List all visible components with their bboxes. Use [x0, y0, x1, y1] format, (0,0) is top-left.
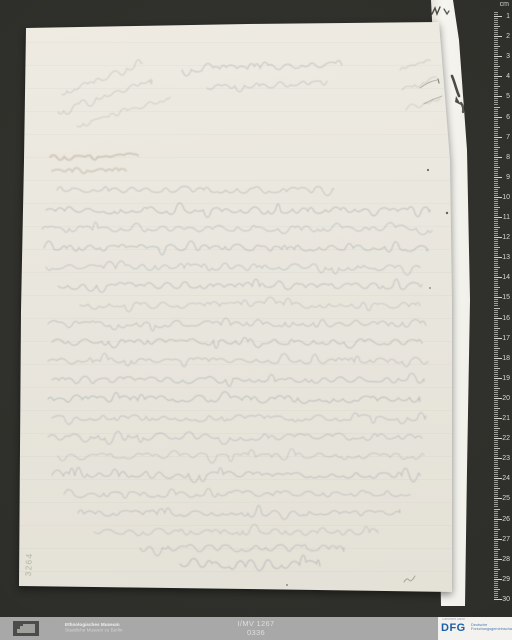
ruler-tick: [494, 211, 498, 212]
ruler-tick: [494, 299, 498, 300]
ruler-tick: [494, 498, 502, 499]
ruler-tick: [494, 424, 498, 425]
ruler-number: 7: [506, 134, 510, 141]
ruler-tick: [494, 179, 498, 180]
ruler-tick: [494, 84, 498, 85]
ruler-tick: [494, 96, 502, 97]
ruler-number: 24: [502, 475, 510, 482]
ruler-tick: [494, 52, 498, 53]
ruler-tick: [494, 575, 498, 576]
handwriting-line: [207, 81, 327, 92]
ruler-tick: [494, 504, 498, 505]
ruler-tick: [494, 131, 498, 132]
ruler-number: 5: [506, 93, 510, 100]
ruler-tick: [494, 567, 498, 568]
ruler-tick: [494, 271, 498, 272]
ruler-tick: [494, 320, 498, 321]
ruler-tick: [494, 478, 502, 479]
ruler-tick: [494, 139, 498, 140]
ruler-tick: [494, 406, 498, 407]
ruler-number: 3: [506, 53, 510, 60]
ruler-tick: [494, 322, 498, 323]
ruler-tick: [494, 243, 498, 244]
ruler-tick: [494, 569, 500, 570]
ruler-tick: [494, 189, 498, 190]
ruler-tick: [494, 181, 498, 182]
ruler-tick: [494, 591, 498, 592]
ruler-tick: [494, 326, 498, 327]
ruler-tick: [494, 60, 498, 61]
ruler-tick: [494, 115, 498, 116]
ruler-tick: [494, 251, 498, 252]
ruler-tick: [494, 490, 498, 491]
ruler-tick: [494, 456, 498, 457]
image-number: 0336: [0, 629, 512, 638]
ruler-tick: [494, 125, 498, 126]
ruler-tick: [494, 529, 500, 530]
ruler-tick: [494, 193, 498, 194]
ruler-tick: [494, 348, 500, 349]
ruler-tick: [494, 219, 498, 220]
ruler-tick: [494, 422, 498, 423]
ruler-tick: [494, 269, 498, 270]
ruler-tick: [494, 259, 498, 260]
ruler-number: 6: [506, 114, 510, 121]
ruler-tick: [494, 531, 498, 532]
ruler-tick: [494, 227, 500, 228]
ruler-tick: [494, 277, 502, 278]
ruler-number: 22: [502, 435, 510, 442]
ruler-tick: [494, 195, 498, 196]
ruler-tick: [494, 275, 498, 276]
ruler-tick: [494, 281, 498, 282]
ruler-tick: [494, 16, 502, 17]
ruler-number: 10: [502, 194, 510, 201]
ruler-tick: [494, 386, 498, 387]
dfg-logo: Gefördert durch DFG Deutsche Forschungsg…: [438, 617, 512, 640]
ruler-tick: [494, 410, 498, 411]
ruler-tick: [494, 68, 498, 69]
ruler-number: 8: [506, 154, 510, 161]
ruler-tick: [494, 289, 498, 290]
ruler-tick: [494, 426, 498, 427]
ruler-tick: [494, 356, 498, 357]
ruler-tick: [494, 346, 498, 347]
ruler-tick: [494, 344, 498, 345]
ruler-tick: [494, 583, 498, 584]
handwriting-line: [48, 431, 422, 444]
handwriting-line: [52, 373, 424, 386]
ruler-tick: [494, 143, 498, 144]
ruler-tick: [494, 301, 498, 302]
handwriting-line: [48, 353, 428, 367]
ruler-tick: [494, 533, 498, 534]
pencil-inventory-note: 3264: [24, 552, 34, 576]
ruler-tick: [494, 581, 498, 582]
ruler-tick: [494, 464, 498, 465]
ruler-tick: [494, 165, 498, 166]
ruler-tick: [494, 54, 498, 55]
ruler-tick: [494, 502, 498, 503]
ruler-tick: [494, 239, 498, 240]
ruler-tick: [494, 559, 502, 560]
ruler-tick: [494, 171, 498, 172]
scan-photo: 3264 cm 1234567891011121314151617181: [0, 0, 512, 640]
ruler-tick: [494, 577, 498, 578]
ruler-tick: [494, 90, 498, 91]
handwriting-line: [64, 488, 410, 498]
ruler-tick: [494, 123, 498, 124]
handwriting-line: [58, 279, 422, 292]
ruler-tick: [494, 38, 498, 39]
ruler-tick: [494, 137, 502, 138]
ruler-tick: [494, 446, 498, 447]
ruler-tick: [494, 374, 498, 375]
caption-bar: Ethnologisches Museum Staatliche Museen …: [0, 617, 512, 640]
handwriting-line: [62, 60, 142, 95]
ruler-tick: [494, 119, 498, 120]
dfg-org-name: Deutsche Forschungsgemeinschaft: [471, 623, 512, 631]
ruler-tick: [494, 412, 498, 413]
ruler-tick: [494, 527, 498, 528]
ruler-tick: [494, 78, 498, 79]
handwriting-line: [182, 61, 342, 76]
ruler-tick: [494, 378, 502, 379]
ruler-tick: [494, 163, 498, 164]
reference-caption: I/MV 1267 0336: [0, 620, 512, 637]
ruler-number: 19: [502, 375, 510, 382]
ruler-tick: [494, 70, 498, 71]
handwriting-bleedthrough: [18, 20, 458, 595]
ruler-tick: [494, 175, 498, 176]
ruler-tick: [494, 233, 498, 234]
ruler-tick: [494, 430, 498, 431]
ruler-tick: [494, 167, 500, 168]
ruler-tick: [494, 342, 498, 343]
ruler-tick: [494, 109, 498, 110]
ruler-tick: [494, 394, 498, 395]
ruler-tick: [494, 384, 498, 385]
ruler-tick: [494, 372, 498, 373]
ruler-number: 23: [502, 455, 510, 462]
ruler-number: 29: [502, 576, 510, 583]
ruler-tick: [494, 573, 498, 574]
ruler-tick: [494, 500, 498, 501]
ruler-tick: [494, 484, 498, 485]
ruler-tick: [494, 557, 498, 558]
ruler-tick: [494, 197, 502, 198]
ruler-tick: [494, 434, 498, 435]
ruler-tick: [494, 58, 498, 59]
ruler-tick: [494, 338, 502, 339]
ruler-tick: [494, 380, 498, 381]
ruler-number: 15: [502, 294, 510, 301]
ruler-tick: [494, 440, 498, 441]
handwriting-line: [77, 97, 170, 127]
ruler-tick: [494, 46, 500, 47]
ruler-tick: [494, 513, 498, 514]
ruler-tick: [494, 388, 500, 389]
ruler-tick: [494, 161, 498, 162]
ruler-tick: [494, 285, 498, 286]
ruler-tick: [494, 408, 500, 409]
ruler-tick: [494, 482, 498, 483]
ruler-tick: [494, 488, 500, 489]
ruler-tick: [494, 314, 498, 315]
ruler-number: 30: [502, 596, 510, 603]
ruler-tick: [494, 382, 498, 383]
ruler-tick: [494, 589, 500, 590]
ruler-tick: [494, 235, 498, 236]
ruler-tick: [494, 308, 500, 309]
ruler-tick: [494, 330, 498, 331]
ruler-tick: [494, 26, 500, 27]
ruler-number: 18: [502, 355, 510, 362]
ruler-tick: [494, 521, 498, 522]
ruler-number: 13: [502, 254, 510, 261]
ruler-tick: [494, 350, 498, 351]
ruler-tick: [494, 121, 498, 122]
ruler-tick: [494, 187, 500, 188]
ruler-tick: [494, 48, 498, 49]
ruler-tick: [494, 368, 500, 369]
ruler-tick: [494, 129, 498, 130]
ruler-tick: [494, 36, 502, 37]
ruler-tick: [494, 213, 498, 214]
ruler-tick: [494, 82, 498, 83]
ruler-tick: [494, 458, 502, 459]
handwriting-line: [52, 413, 426, 425]
ruler-tick: [494, 525, 498, 526]
ruler-tick: [494, 151, 498, 152]
ruler-tick: [494, 279, 498, 280]
ruler-tick: [494, 237, 502, 238]
ruler-tick: [494, 18, 498, 19]
ruler-tick: [494, 579, 502, 580]
ruler-tick: [494, 462, 498, 463]
ruler-tick: [494, 328, 500, 329]
ruler-tick: [494, 466, 498, 467]
ruler-tick: [494, 418, 502, 419]
ruler-tick: [494, 62, 498, 63]
ruler-tick: [494, 420, 498, 421]
handwriting-line: [48, 392, 420, 404]
ruler-tick: [494, 241, 498, 242]
ruler-tick: [494, 398, 502, 399]
ruler-tick: [494, 535, 498, 536]
ruler-tick: [494, 543, 498, 544]
ruler-tick: [494, 553, 498, 554]
ruler-tick: [494, 470, 498, 471]
ruler-tick: [494, 76, 502, 77]
ruler-tick: [494, 191, 498, 192]
ruler-tick: [494, 565, 498, 566]
ruler-tick: [494, 402, 498, 403]
ruler-tick: [494, 318, 502, 319]
ruler-tick: [494, 454, 498, 455]
ruler-tick: [494, 44, 498, 45]
ruler-tick: [494, 585, 498, 586]
ruler-tick: [494, 352, 498, 353]
ruler-number: 12: [502, 234, 510, 241]
ruler-tick: [494, 376, 498, 377]
ruler-tick: [494, 293, 498, 294]
ruler-tick: [494, 539, 502, 540]
ruler-tick: [494, 80, 498, 81]
ruler-tick: [494, 444, 498, 445]
ruler-tick: [494, 595, 498, 596]
ruler-number: 21: [502, 415, 510, 422]
ruler-tick: [494, 127, 500, 128]
ruler-tick: [494, 157, 502, 158]
ruler-number: 2: [506, 33, 510, 40]
ruler-tick: [494, 555, 498, 556]
ruler-tick: [494, 310, 498, 311]
ruler-tick: [494, 561, 498, 562]
ruler-tick: [494, 28, 498, 29]
ruler-tick: [494, 563, 498, 564]
ruler-tick: [494, 133, 498, 134]
ruler-tick: [494, 72, 498, 73]
ruler-tick: [494, 545, 498, 546]
ruler-number: 27: [502, 536, 510, 543]
ruler-tick: [494, 291, 498, 292]
ruler-tick: [494, 492, 498, 493]
ruler-tick: [494, 74, 498, 75]
ruler-tick: [494, 287, 500, 288]
ruler-tick: [494, 312, 498, 313]
ruler-tick: [494, 183, 498, 184]
ruler-tick: [494, 523, 498, 524]
ruler-tick: [494, 223, 498, 224]
ruler-tick: [494, 255, 498, 256]
ruler-tick: [494, 177, 502, 178]
ruler-tick: [494, 593, 498, 594]
ruler-tick: [494, 551, 498, 552]
ruler-tick: [494, 86, 500, 87]
handwriting-line: [80, 297, 420, 312]
handwriting-line: [42, 222, 432, 235]
ruler-tick: [494, 336, 498, 337]
ruler-number: 14: [502, 274, 510, 281]
ruler-tick: [494, 22, 498, 23]
ruler-tick: [494, 362, 498, 363]
ruler-tick: [494, 32, 498, 33]
ruler-tick: [494, 145, 498, 146]
ruler-tick: [494, 549, 500, 550]
handwriting-line: [52, 168, 126, 173]
ruler-tick: [494, 169, 498, 170]
ruler-unit-label: cm: [500, 1, 509, 8]
ruler-tick: [494, 64, 498, 65]
ruler-tick: [494, 263, 498, 264]
funding-caption: Gefördert durch: [442, 618, 465, 621]
ruler-tick: [494, 205, 498, 206]
ruler-tick: [494, 400, 498, 401]
ruler-tick: [494, 20, 498, 21]
ruler-tick: [494, 221, 498, 222]
ruler-tick: [494, 370, 498, 371]
ruler-tick: [494, 448, 500, 449]
measure-ruler: cm 1234567891011121314151617181920212223…: [487, 0, 512, 617]
ruler-number: 9: [506, 174, 510, 181]
ruler-tick: [494, 102, 498, 103]
ruler-tick: [494, 442, 498, 443]
ruler-tick: [494, 340, 498, 341]
ruler-number: 4: [506, 73, 510, 80]
ruler-tick: [494, 515, 498, 516]
ruler-tick: [494, 94, 498, 95]
ruler-tick: [494, 153, 498, 154]
handwriting-line: [78, 505, 400, 519]
ruler-tick: [494, 40, 498, 41]
ruler-tick: [494, 494, 498, 495]
ruler-number: 11: [503, 214, 510, 221]
ruler-tick: [494, 519, 502, 520]
ruler-tick: [494, 24, 498, 25]
handwriting-line: [52, 468, 420, 483]
ruler-tick: [494, 297, 502, 298]
ruler-tick: [494, 509, 500, 510]
ruler-tick: [494, 324, 498, 325]
ruler-tick: [494, 450, 498, 451]
ruler-tick: [494, 511, 498, 512]
ruler-tick: [494, 334, 498, 335]
ruler-tick: [494, 436, 498, 437]
ruler-tick: [494, 267, 500, 268]
ruler-tick: [494, 283, 498, 284]
ruler-tick: [494, 14, 498, 15]
ruler-tick: [494, 506, 498, 507]
ruler-tick: [494, 480, 498, 481]
ruler-tick: [494, 42, 498, 43]
ruler-number: 17: [502, 335, 510, 342]
handwriting-line: [94, 524, 378, 535]
handwriting-line: [52, 338, 422, 349]
ruler-tick: [494, 88, 498, 89]
ruler-tick: [494, 141, 498, 142]
ruler-tick: [494, 56, 502, 57]
ruler-tick: [494, 468, 500, 469]
ruler-tick: [494, 199, 498, 200]
ruler-tick: [494, 438, 502, 439]
handwriting-line: [58, 449, 424, 463]
ruler-tick: [494, 107, 500, 108]
ruler-tick: [494, 225, 498, 226]
ruler-tick: [494, 517, 498, 518]
ruler-tick: [494, 460, 498, 461]
ruler-tick: [494, 486, 498, 487]
handwriting-line: [180, 555, 320, 570]
handwriting-line: [57, 186, 334, 195]
handwriting-line: [400, 60, 430, 70]
ruler-tick: [494, 104, 498, 105]
ruler-number: 25: [502, 495, 510, 502]
ruler-number: 20: [502, 395, 510, 402]
handwriting-line: [58, 80, 152, 114]
ruler-tick: [494, 472, 498, 473]
handwriting-line: [48, 318, 426, 331]
ruler-number: 1: [506, 13, 510, 20]
ruler-tick: [494, 217, 502, 218]
ruler-tick: [494, 113, 498, 114]
ruler-tick: [494, 496, 498, 497]
ruler-tick: [494, 185, 498, 186]
ruler-tick: [494, 541, 498, 542]
ruler-tick: [494, 390, 498, 391]
ruler-tick: [494, 147, 500, 148]
handwriting-line: [406, 99, 440, 111]
